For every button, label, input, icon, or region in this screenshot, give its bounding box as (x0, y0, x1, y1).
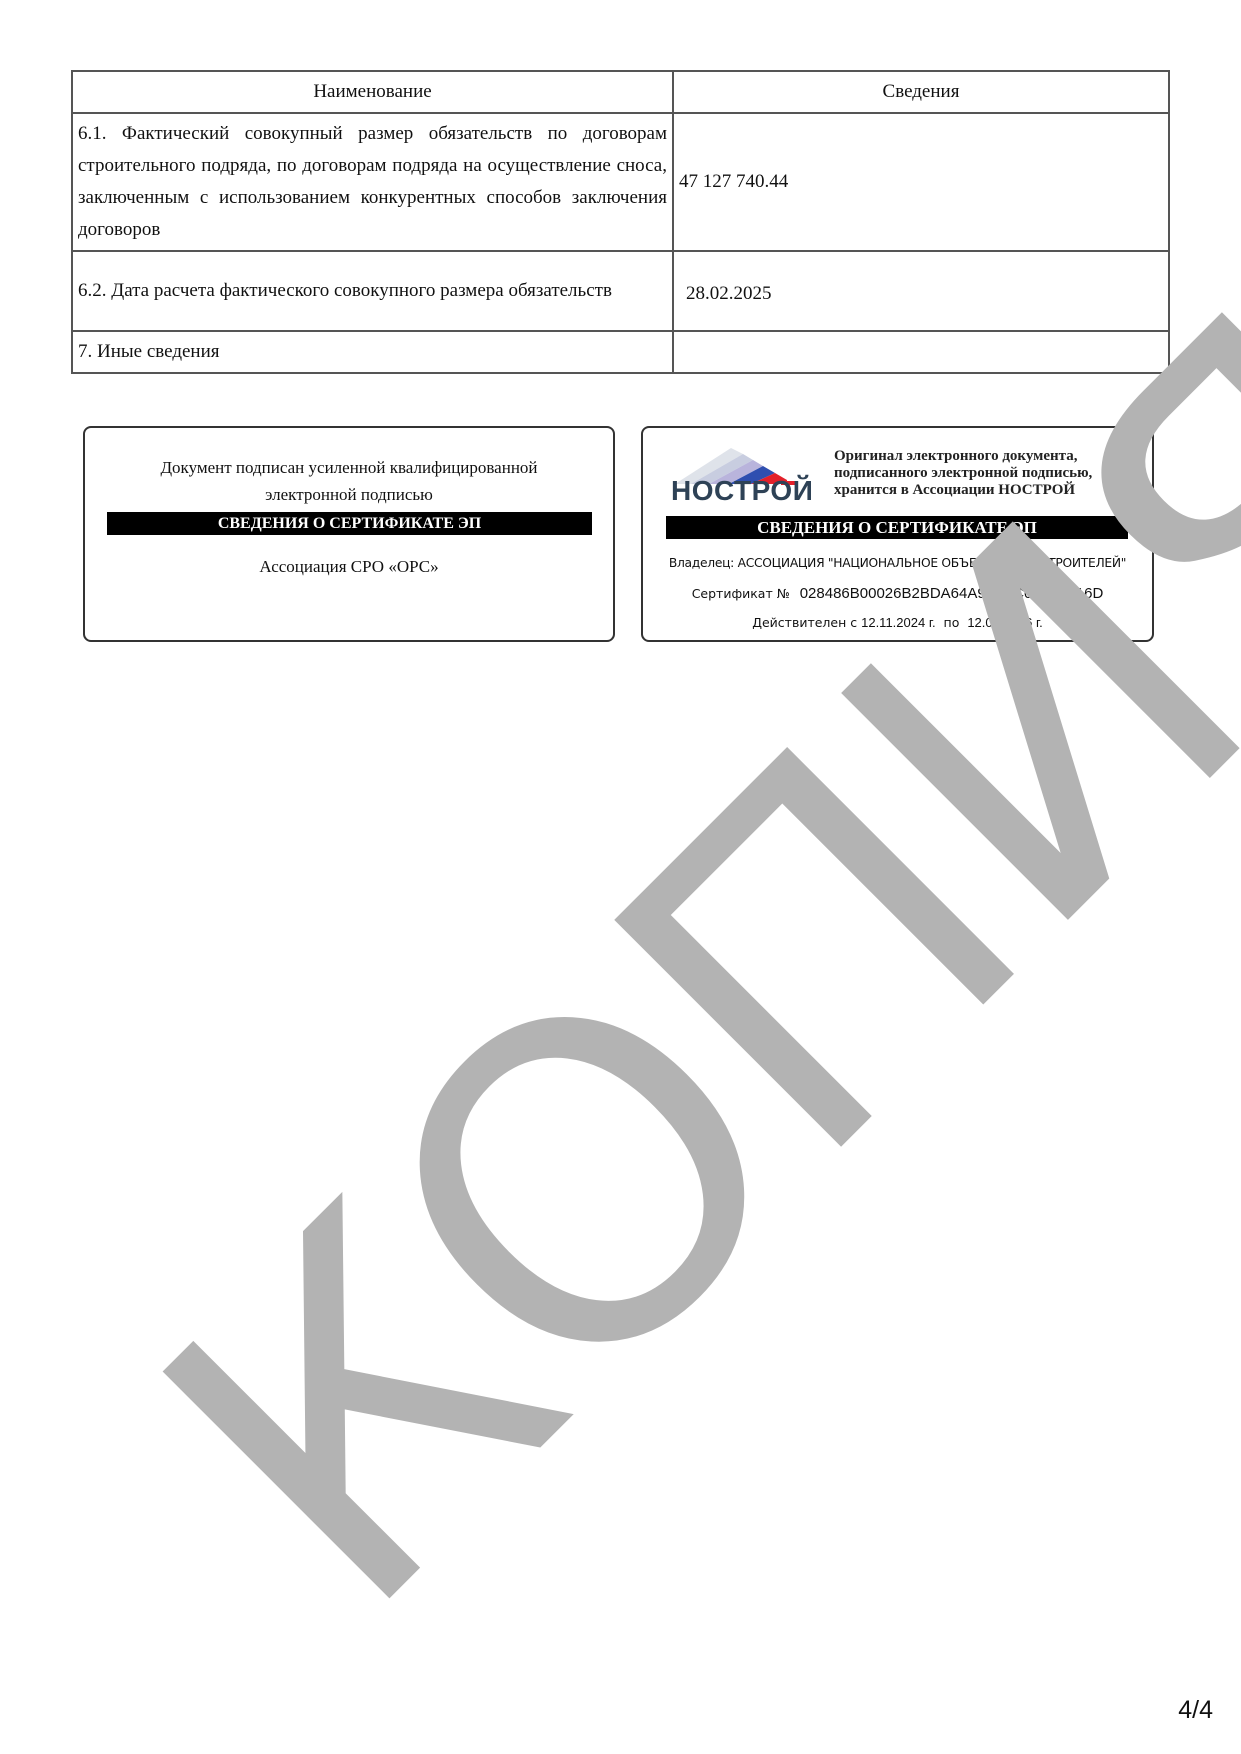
stamp-left-title: Документ подписан усиленной квалифициров… (85, 454, 613, 508)
certificate-owner: Владелец: АССОЦИАЦИЯ "НАЦИОНАЛЬНОЕ ОБЪЕД… (643, 556, 1152, 570)
row-value: 28.02.2025 (673, 251, 1169, 331)
row-name: 6.2. Дата расчета фактического совокупно… (72, 251, 673, 331)
certificate-number-label: Сертификат № (692, 586, 790, 601)
table-row: 7. Иные сведения (72, 331, 1169, 373)
signer-organization: Ассоциация СРО «ОРС» (85, 557, 613, 577)
header-name: Наименование (72, 71, 673, 113)
signature-stamp-right: НОСТРОЙ Оригинал электронного документа,… (641, 426, 1154, 642)
stamp-left-title-line2: электронной подписью (85, 481, 613, 508)
valid-to-label: по (944, 615, 960, 630)
certificate-validity: Действителен с 12.11.2024 г. по 12.02.20… (643, 615, 1152, 630)
certificate-info-bar: СВЕДЕНИЯ О СЕРТИФИКАТЕ ЭП (666, 516, 1128, 539)
info-table: Наименование Сведения 6.1. Фактический с… (71, 70, 1170, 374)
nostroy-logo-text: НОСТРОЙ (671, 475, 813, 507)
stamp-right-title-line3: хранится в Ассоциации НОСТРОЙ (834, 482, 1092, 499)
row-name: 6.1. Фактический совокупный размер обяза… (72, 113, 673, 251)
table-row: 6.1. Фактический совокупный размер обяза… (72, 113, 1169, 251)
page-number: 4/4 (1178, 1696, 1213, 1725)
stamp-right-title: Оригинал электронного документа, подписа… (834, 448, 1092, 499)
row-value: 47 127 740.44 (673, 113, 1169, 251)
certificate-number: 028486B00026B2BDA64A918CC080E7616D (800, 585, 1104, 602)
valid-from-date: 12.11.2024 г. (861, 615, 935, 630)
row-value (673, 331, 1169, 373)
stamp-left-title-line1: Документ подписан усиленной квалифициров… (85, 454, 613, 481)
table-row: 6.2. Дата расчета фактического совокупно… (72, 251, 1169, 331)
certificate-info-bar: СВЕДЕНИЯ О СЕРТИФИКАТЕ ЭП (107, 512, 592, 535)
stamp-right-title-line2: подписанного электронной подписью, (834, 465, 1092, 482)
header-value: Сведения (673, 71, 1169, 113)
certificate-number-line: Сертификат № 028486B00026B2BDA64A918CC08… (643, 585, 1152, 602)
valid-to-date: 12.02.2026 г. (967, 615, 1042, 630)
stamp-right-title-line1: Оригинал электронного документа, (834, 448, 1092, 465)
table-header-row: Наименование Сведения (72, 71, 1169, 113)
signature-stamp-left: Документ подписан усиленной квалифициров… (83, 426, 615, 642)
row-name: 7. Иные сведения (72, 331, 673, 373)
valid-from-label: Действителен с (752, 615, 857, 630)
